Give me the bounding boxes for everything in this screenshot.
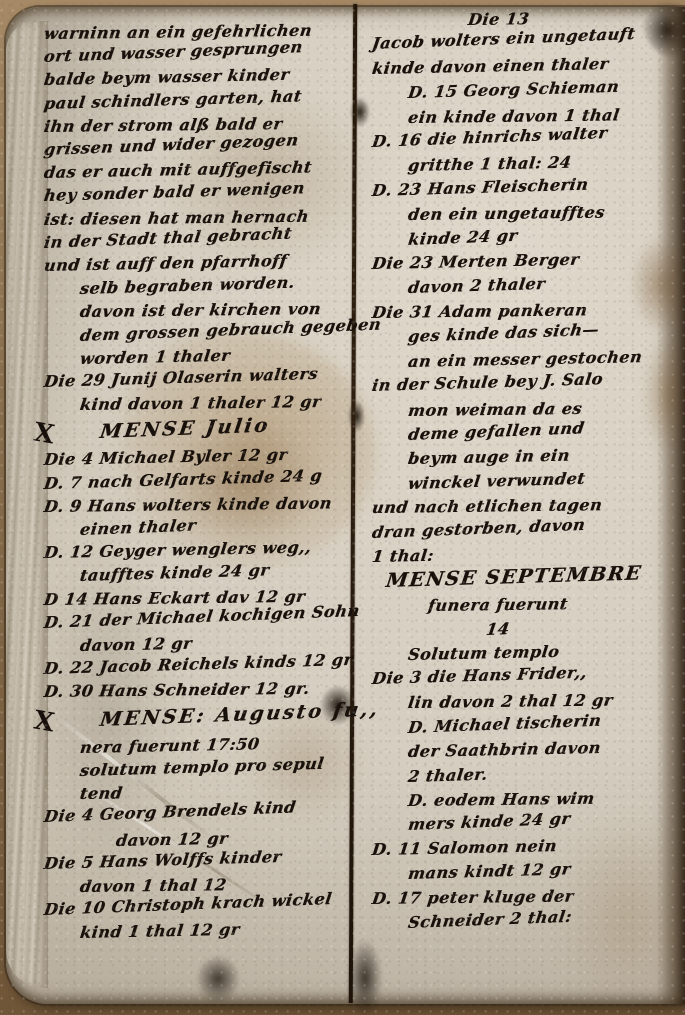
manuscript-line: funera fuerunt <box>372 594 664 618</box>
manuscript-line: deme gefallen und <box>372 423 664 447</box>
manuscript-line: X MENSE: Augusto fu,, <box>44 704 352 736</box>
manuscript-line-text: einen thaler <box>78 514 197 542</box>
margin-cross-mark: X <box>31 704 56 739</box>
manuscript-line-text: der Saathbrin davon <box>407 736 603 764</box>
manuscript-line-text: davon 2 thaler <box>406 272 546 300</box>
manuscript-line-text: 14 <box>485 617 512 642</box>
manuscript-line: davon 2 thaler <box>372 276 664 300</box>
manuscript-line: winckel verwundet <box>372 472 664 496</box>
manuscript-line-text: D. 15 Georg Schieman <box>406 75 620 106</box>
right-column-text: Die 13 Jacob wolters ein ungetauft kinde… <box>372 8 664 935</box>
manuscript-line: D. 21 der Michael kochigen Sohn <box>44 611 352 634</box>
manuscript-line-text: Die 3 die Hans Frider,, <box>370 661 588 692</box>
manuscript-line: Die 3 die Hans Frider,, <box>372 667 664 691</box>
manuscript-line: dem grossen gebrauch gegeben <box>44 324 352 347</box>
manuscript-line-text: taufftes kinde 24 gr <box>79 559 271 588</box>
manuscript-line-text: Die 23 Merten Berger <box>371 248 581 277</box>
manuscript-line-text: Schneider 2 thal: <box>406 905 573 936</box>
manuscript-line-text: funera fuerunt <box>427 592 570 618</box>
manuscript-line: mans kindt 12 gr <box>372 862 664 886</box>
manuscript-line-text: kind 1 thal 12 gr <box>79 918 241 945</box>
photographed-manuscript-scene: warninn an ein gefehrlichen ort und wass… <box>0 0 685 1015</box>
manuscript-line-text: mers kinde 24 gr <box>406 807 572 838</box>
manuscript-line-text: kinde 24 gr <box>406 223 519 252</box>
manuscript-line-text: 2 thaler. <box>406 762 489 789</box>
manuscript-line: X MENSE Julio <box>44 416 352 448</box>
manuscript-line: dran gestorben, davon <box>372 521 664 545</box>
margin-cross-mark: X <box>31 417 56 452</box>
ink-blot <box>348 939 382 1015</box>
left-column-text: warninn an ein gefehrlichen ort und wass… <box>44 22 352 945</box>
manuscript-line: D. 9 Hans wolters kinde davon <box>44 495 352 518</box>
manuscript-line: D. 23 Hans Fleischerin <box>372 179 664 203</box>
manuscript-line: Die 4 Georg Brendels kind <box>44 805 352 828</box>
manuscript-line: D. 15 Georg Schieman <box>372 81 664 105</box>
page-edge-stack <box>6 21 48 988</box>
manuscript-line: Schneider 2 thal: <box>372 911 664 935</box>
manuscript-line-text: mans kindt 12 gr <box>406 857 572 886</box>
manuscript-line: 14 <box>372 618 664 642</box>
manuscript-line-text: selb begraben worden. <box>79 271 297 301</box>
manuscript-line: kind 1 thal 12 gr <box>44 921 352 944</box>
manuscript-line: paul schindlers garten, hat <box>44 92 352 115</box>
ink-blot <box>196 955 240 1003</box>
manuscript-line: MENSE SEPTEMBRE <box>372 569 664 593</box>
manuscript-line: der Saathbrin davon <box>372 740 664 764</box>
manuscript-line-text: winckel verwundet <box>406 466 586 496</box>
manuscript-line: Die 5 Hans Wolffs kinder <box>44 852 352 875</box>
manuscript-line: solutum templo pro sepul <box>44 759 352 782</box>
manuscript-line: in der Schule bey J. Salo <box>372 374 664 398</box>
manuscript-line-text: 1 thal: <box>371 544 436 570</box>
manuscript-line: D. Michael tischerin <box>372 716 664 740</box>
manuscript-line-text: MENSE Julio <box>98 410 272 448</box>
manuscript-line: 2 thaler. <box>372 765 664 789</box>
